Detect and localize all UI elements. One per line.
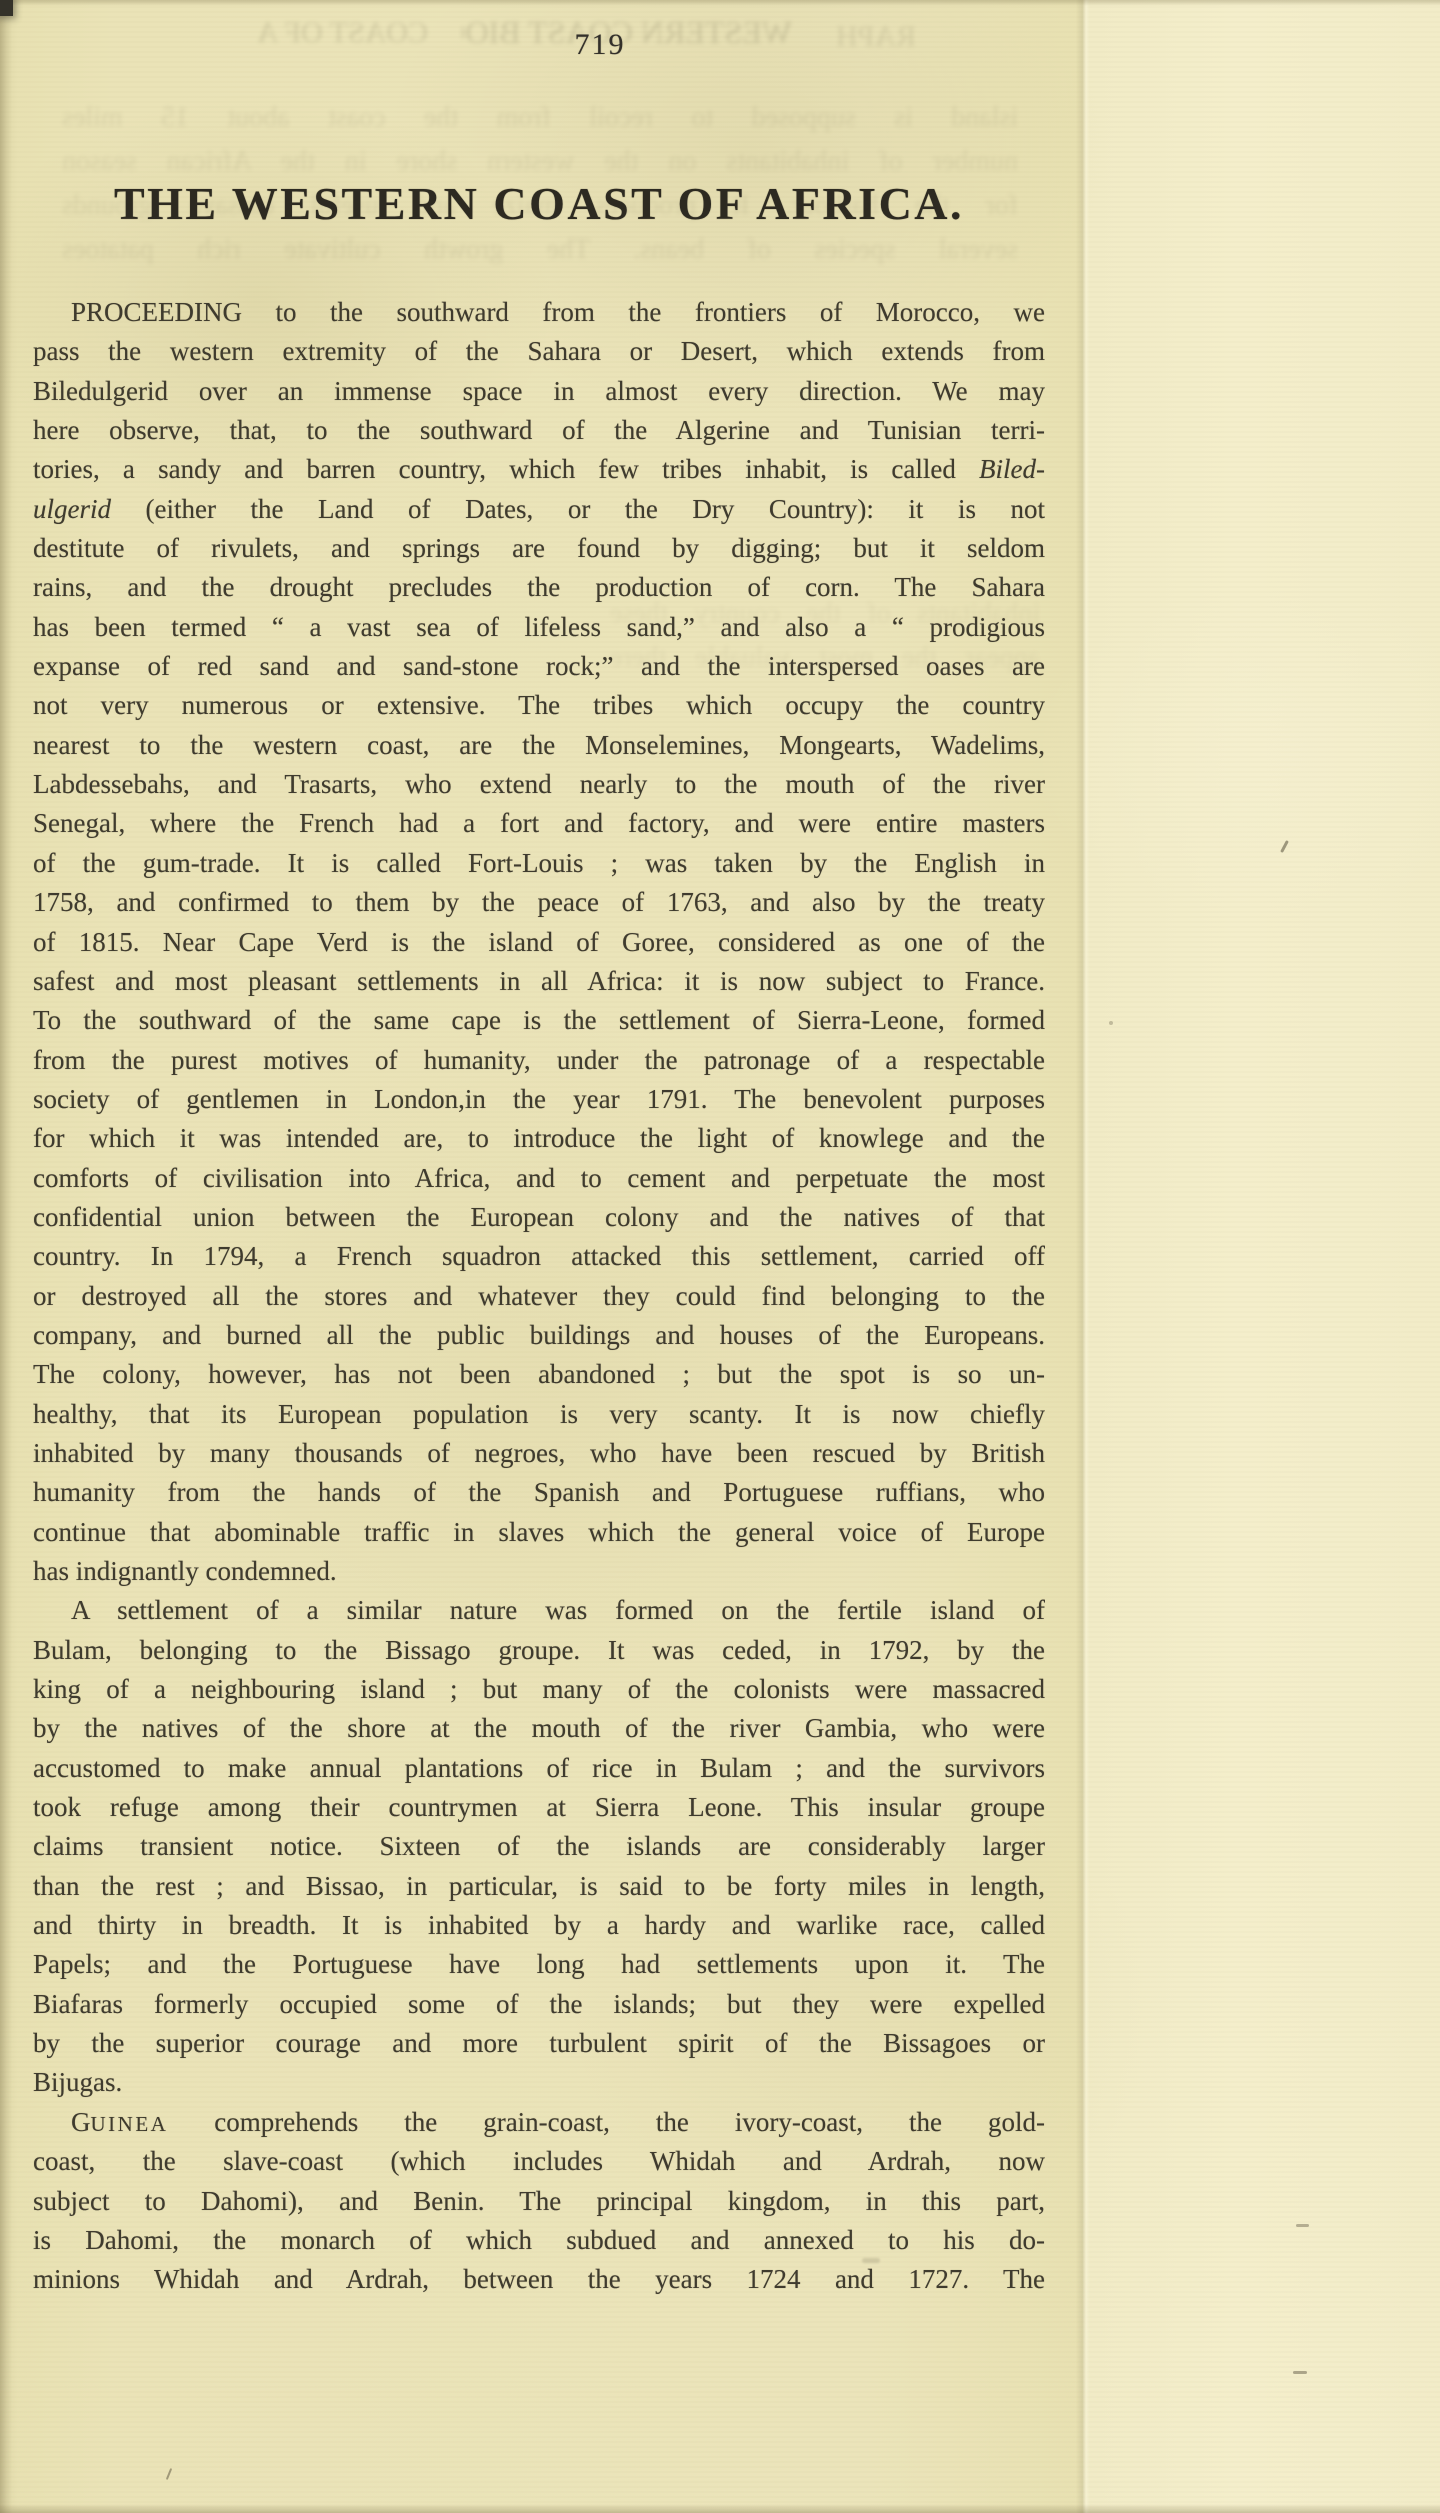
text-segment: A settlement of a similar nature was for… <box>71 1595 1045 1625</box>
ink-speck <box>862 2258 880 2263</box>
text-line: healthy, that its European population is… <box>33 1395 1045 1434</box>
text-segment: by the superior courage and more turbule… <box>33 2028 1045 2058</box>
text-line: GUINEA comprehends the grain-coast, the … <box>33 2103 1045 2142</box>
text-segment: healthy, that its European population is… <box>33 1399 1045 1429</box>
text-line: confidential union between the European … <box>33 1198 1045 1237</box>
text-segment: company, and burned all the public build… <box>33 1320 1045 1350</box>
text-line: humanity from the hands of the Spanish a… <box>33 1473 1045 1512</box>
show-through-text: RAPH <box>826 20 916 54</box>
text-line: has indignantly condemned. <box>33 1552 1045 1591</box>
text-segment: 1758, and confirmed to them by the peace… <box>33 887 1045 917</box>
text-segment: Bulam, belonging to the Bissago groupe. … <box>33 1635 1045 1665</box>
text-segment: Senegal, where the French had a fort and… <box>33 808 1045 838</box>
italic-text: ulgerid <box>33 494 111 524</box>
top-edge-shadow <box>0 0 1440 6</box>
text-segment: comprehends the grain-coast, the ivory-c… <box>168 2107 1045 2137</box>
text-line: nearest to the western coast, are the Mo… <box>33 726 1045 765</box>
text-segment: pass the western extremity of the Sahara… <box>33 336 1045 366</box>
ink-speck <box>1109 1021 1113 1025</box>
text-segment: by the natives of the shore at the mouth… <box>33 1713 1045 1743</box>
text-line: society of gentlemen in London,in the ye… <box>33 1080 1045 1119</box>
text-line: country. In 1794, a French squadron atta… <box>33 1237 1045 1276</box>
text-line: and thirty in breadth. It is inhabited b… <box>33 1906 1045 1945</box>
text-line: subject to Dahomi), and Benin. The princ… <box>33 2182 1045 2221</box>
corner-smudge <box>0 0 13 16</box>
text-segment: has indignantly condemned. <box>33 1556 337 1586</box>
ink-speck <box>1293 2371 1307 2374</box>
text-line: ulgerid (either the Land of Dates, or th… <box>33 490 1045 529</box>
text-segment: Biledulgerid over an immense space in al… <box>33 376 1045 406</box>
text-segment: coast, the slave-coast (which includes W… <box>33 2146 1045 2176</box>
text-line: accustomed to make annual plantations of… <box>33 1749 1045 1788</box>
text-line: Biledulgerid over an immense space in al… <box>33 372 1045 411</box>
text-line: Papels; and the Portuguese have long had… <box>33 1945 1045 1984</box>
text-line: PROCEEDING to the southward from the fro… <box>33 293 1045 332</box>
scanned-page: COAST OF AWESTERN COAST BIOGRAPHisland i… <box>0 0 1440 2513</box>
text-segment: of the gum-trade. It is called Fort-Loui… <box>33 848 1045 878</box>
text-line: king of a neighbouring island ; but many… <box>33 1670 1045 1709</box>
paragraph: GUINEA comprehends the grain-coast, the … <box>33 2103 1045 2300</box>
text-line: rains, and the drought precludes the pro… <box>33 568 1045 607</box>
text-segment: continue that abominable traffic in slav… <box>33 1517 1045 1547</box>
text-line: destitute of rivulets, and springs are f… <box>33 529 1045 568</box>
paragraph: A settlement of a similar nature was for… <box>33 1591 1045 2102</box>
text-segment: country. In 1794, a French squadron atta… <box>33 1241 1045 1271</box>
text-line: inhabited by many thousands of negroes, … <box>33 1434 1045 1473</box>
show-through-text: island is supposed to recoil from the co… <box>62 102 1018 134</box>
text-segment: not very numerous or extensive. The trib… <box>33 690 1045 720</box>
text-segment: rains, and the drought precludes the pro… <box>33 572 1045 602</box>
text-segment: comforts of civilisation into Africa, an… <box>33 1163 1045 1193</box>
text-line: from the purest motives of humanity, und… <box>33 1041 1045 1080</box>
text-segment: destitute of rivulets, and springs are f… <box>33 533 1045 563</box>
text-segment: subject to Dahomi), and Benin. The princ… <box>33 2186 1045 2216</box>
text-segment: society of gentlemen in London,in the ye… <box>33 1084 1045 1114</box>
text-segment: took refuge among their countrymen at Si… <box>33 1792 1045 1822</box>
text-segment: G <box>71 2107 91 2137</box>
text-segment: PROCEEDING to the southward from the fro… <box>71 297 1045 327</box>
text-line: for which it was intended are, to introd… <box>33 1119 1045 1158</box>
text-line: company, and burned all the public build… <box>33 1316 1045 1355</box>
text-segment: claims transient notice. Sixteen of the … <box>33 1831 1045 1861</box>
text-segment: accustomed to make annual plantations of… <box>33 1753 1045 1783</box>
text-line: has been termed “ a vast sea of lifeless… <box>33 608 1045 647</box>
text-segment: Bijugas. <box>33 2067 122 2097</box>
text-segment: (either the Land of Dates, or the Dry Co… <box>111 494 1045 524</box>
text-segment: Biafaras formerly occupied some of the i… <box>33 1989 1045 2019</box>
text-segment: confidential union between the European … <box>33 1202 1045 1232</box>
text-segment: than the rest ; and Bissao, in particula… <box>33 1871 1045 1901</box>
text-line: Labdessebahs, and Trasarts, who extend n… <box>33 765 1045 804</box>
text-line: safest and most pleasant settlements in … <box>33 962 1045 1001</box>
text-line: by the superior courage and more turbule… <box>33 2024 1045 2063</box>
text-segment: for which it was intended are, to introd… <box>33 1123 1045 1153</box>
page-title: THE WESTERN COAST OF AFRICA. <box>33 177 1045 230</box>
text-line: Biafaras formerly occupied some of the i… <box>33 1985 1045 2024</box>
page-number: 719 <box>538 28 662 62</box>
text-line: minions Whidah and Ardrah, between the y… <box>33 2260 1045 2299</box>
text-segment: Papels; and the Portuguese have long had… <box>33 1949 1045 1979</box>
show-through-text: number of inhabitants on the western sho… <box>62 146 1018 178</box>
text-line: tories, a sandy and barren country, whic… <box>33 450 1045 489</box>
bottom-edge-shadow <box>0 2504 1440 2513</box>
text-segment: here observe, that, to the southward of … <box>33 415 1045 445</box>
text-line: To the southward of the same cape is the… <box>33 1001 1045 1040</box>
left-edge-shadow <box>0 0 12 2513</box>
text-segment: tories, a sandy and barren country, whic… <box>33 454 979 484</box>
text-segment: safest and most pleasant settlements in … <box>33 966 1045 996</box>
paragraph: PROCEEDING to the southward from the fro… <box>33 293 1045 1591</box>
text-segment: nearest to the western coast, are the Mo… <box>33 730 1045 760</box>
small-caps-text: UINEA <box>91 2112 169 2136</box>
text-segment: is Dahomi, the monarch of which subdued … <box>33 2225 1045 2255</box>
text-segment: from the purest motives of humanity, und… <box>33 1045 1045 1075</box>
text-segment: expanse of red sand and sand-stone rock;… <box>33 651 1045 681</box>
text-segment: humanity from the hands of the Spanish a… <box>33 1477 1045 1507</box>
text-line: or destroyed all the stores and whatever… <box>33 1277 1045 1316</box>
text-segment: Labdessebahs, and Trasarts, who extend n… <box>33 769 1045 799</box>
text-line: The colony, however, has not been abando… <box>33 1355 1045 1394</box>
text-segment: of 1815. Near Cape Verd is the island of… <box>33 927 1045 957</box>
italic-text: Biled- <box>979 454 1045 484</box>
text-line: took refuge among their countrymen at Si… <box>33 1788 1045 1827</box>
text-line: expanse of red sand and sand-stone rock;… <box>33 647 1045 686</box>
text-line: of 1815. Near Cape Verd is the island of… <box>33 923 1045 962</box>
text-line: here observe, that, to the southward of … <box>33 411 1045 450</box>
text-line: Senegal, where the French had a fort and… <box>33 804 1045 843</box>
text-line: of the gum-trade. It is called Fort-Loui… <box>33 844 1045 883</box>
text-segment: king of a neighbouring island ; but many… <box>33 1674 1045 1704</box>
text-segment: To the southward of the same cape is the… <box>33 1005 1045 1035</box>
text-line: not very numerous or extensive. The trib… <box>33 686 1045 725</box>
text-segment: minions Whidah and Ardrah, between the y… <box>33 2264 1045 2294</box>
text-line: Bijugas. <box>33 2063 1045 2102</box>
text-line: is Dahomi, the monarch of which subdued … <box>33 2221 1045 2260</box>
ink-speck <box>1296 2224 1309 2227</box>
text-line: A settlement of a similar nature was for… <box>33 1591 1045 1630</box>
text-line: by the natives of the shore at the mouth… <box>33 1709 1045 1748</box>
page-leaf-edge <box>1076 0 1090 2513</box>
text-segment: has been termed “ a vast sea of lifeless… <box>33 612 1045 642</box>
text-line: Bulam, belonging to the Bissago groupe. … <box>33 1631 1045 1670</box>
text-segment: or destroyed all the stores and whatever… <box>33 1281 1045 1311</box>
text-line: coast, the slave-coast (which includes W… <box>33 2142 1045 2181</box>
show-through-text: COAST OF A <box>258 16 428 50</box>
text-line: comforts of civilisation into Africa, an… <box>33 1159 1045 1198</box>
show-through-text: several species of beans. The growth cul… <box>62 234 1018 266</box>
text-line: claims transient notice. Sixteen of the … <box>33 1827 1045 1866</box>
text-line: continue that abominable traffic in slav… <box>33 1513 1045 1552</box>
text-segment: inhabited by many thousands of negroes, … <box>33 1438 1045 1468</box>
text-body: PROCEEDING to the southward from the fro… <box>33 293 1045 2300</box>
text-segment: and thirty in breadth. It is inhabited b… <box>33 1910 1045 1940</box>
text-line: pass the western extremity of the Sahara… <box>33 332 1045 371</box>
text-segment: The colony, however, has not been abando… <box>33 1359 1045 1389</box>
text-line: than the rest ; and Bissao, in particula… <box>33 1867 1045 1906</box>
text-line: 1758, and confirmed to them by the peace… <box>33 883 1045 922</box>
